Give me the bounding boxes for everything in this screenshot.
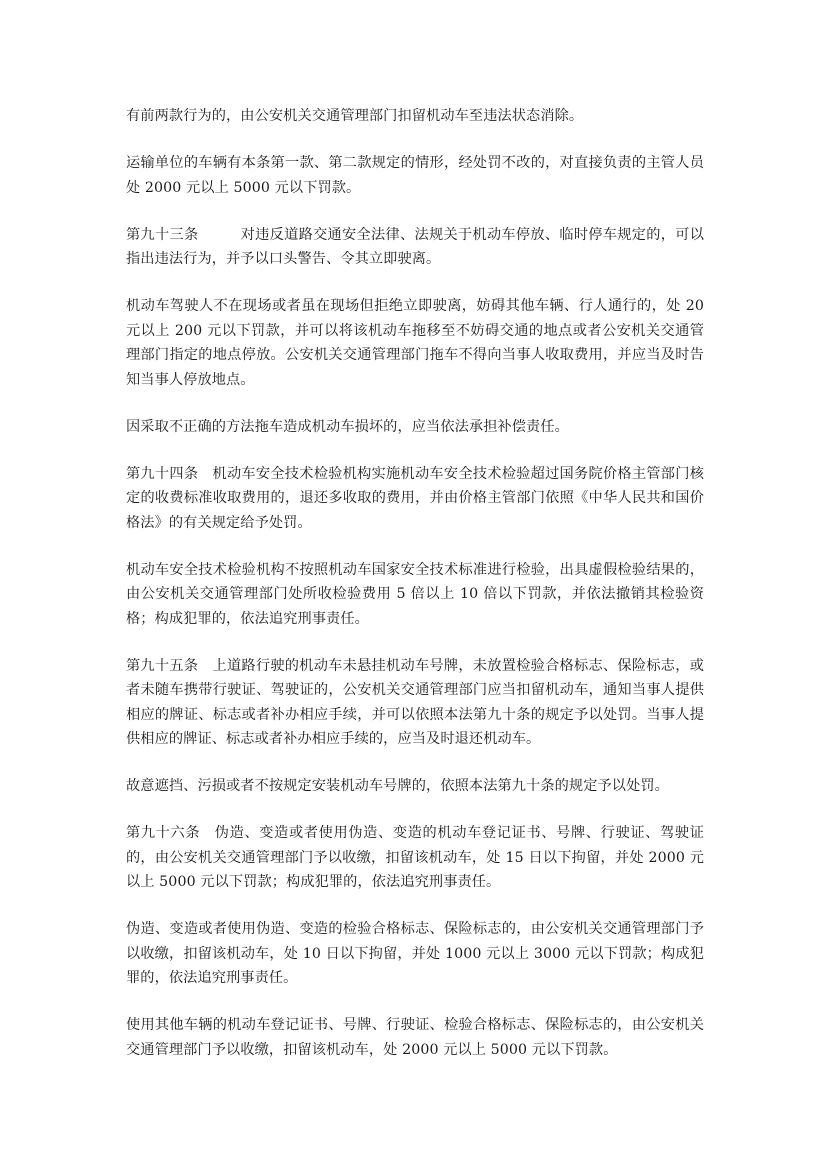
paragraph: 因采取不正确的方法拖车造成机动车损坏的，应当依法承担补偿责任。 [126,415,704,440]
article-number: 第九十四条 [126,466,198,482]
paragraph: 有前两款行为的，由公安机关交通管理部门扣留机动车至违法状态消除。 [126,104,704,129]
paragraph: 运输单位的车辆有本条第一款、第二款规定的情形，经处罚不改的，对直接负责的主管人员… [126,151,704,200]
article-number: 第九十三条 [126,227,198,243]
paragraph-text: 使用其他车辆的机动车登记证书、号牌、行驶证、检验合格标志、保险标志的，由公安机关… [126,1017,704,1058]
paragraph-text: 故意遮挡、污损或者不按规定安装机动车号牌的，依照本法第九十条的规定予以处罚。 [126,778,669,794]
paragraph-text: 对违反道路交通安全法律、法规关于机动车停放、临时停车规定的，可以指出违法行为，并… [126,227,704,268]
document-page: 有前两款行为的，由公安机关交通管理部门扣留机动车至违法状态消除。 运输单位的车辆… [126,104,704,1085]
paragraph: 故意遮挡、污损或者不按规定安装机动车号牌的，依照本法第九十条的规定予以处罚。 [126,774,704,799]
paragraph-text: 伪造、变造或者使用伪造、变造的机动车登记证书、号牌、行驶证、驾驶证的，由公安机关… [126,825,704,890]
paragraph-text: 有前两款行为的，由公安机关交通管理部门扣留机动车至违法状态消除。 [126,108,583,124]
paragraph-text: 因采取不正确的方法拖车造成机动车损坏的，应当依法承担补偿责任。 [126,419,569,435]
paragraph-text: 伪造、变造或者使用伪造、变造的检验合格标志、保险标志的，由公安机关交通管理部门予… [126,921,704,986]
paragraph-text: 上道路行驶的机动车未悬挂机动车号牌，未放置检验合格标志、保险标志，或者未随车携带… [126,658,704,748]
paragraph: 使用其他车辆的机动车登记证书、号牌、行驶证、检验合格标志、保险标志的，由公安机关… [126,1013,704,1062]
article-number: 第九十五条 [126,658,198,674]
article-94-paragraph: 第九十四条机动车安全技术检验机构实施机动车安全技术检验超过国务院价格主管部门核定… [126,462,704,536]
paragraph: 机动车安全技术检验机构不按照机动车国家安全技术标准进行检验，出具虚假检验结果的，… [126,558,704,632]
paragraph: 伪造、变造或者使用伪造、变造的检验合格标志、保险标志的，由公安机关交通管理部门予… [126,917,704,991]
paragraph-text: 运输单位的车辆有本条第一款、第二款规定的情形，经处罚不改的，对直接负责的主管人员… [126,155,704,196]
article-number: 第九十六条 [126,825,200,841]
article-96-paragraph: 第九十六条伪造、变造或者使用伪造、变造的机动车登记证书、号牌、行驶证、驾驶证的，… [126,821,704,895]
article-93-paragraph: 第九十三条对违反道路交通安全法律、法规关于机动车停放、临时停车规定的，可以指出违… [126,223,704,272]
paragraph-text: 机动车驾驶人不在现场或者虽在现场但拒绝立即驶离，妨碍其他车辆、行人通行的，处 2… [126,298,704,388]
paragraph-text: 机动车安全技术检验机构实施机动车安全技术检验超过国务院价格主管部门核定的收费标准… [126,466,704,531]
article-95-paragraph: 第九十五条上道路行驶的机动车未悬挂机动车号牌，未放置检验合格标志、保险标志，或者… [126,654,704,752]
paragraph-text: 机动车安全技术检验机构不按照机动车国家安全技术标准进行检验，出具虚假检验结果的，… [126,562,704,627]
paragraph: 机动车驾驶人不在现场或者虽在现场但拒绝立即驶离，妨碍其他车辆、行人通行的，处 2… [126,294,704,392]
